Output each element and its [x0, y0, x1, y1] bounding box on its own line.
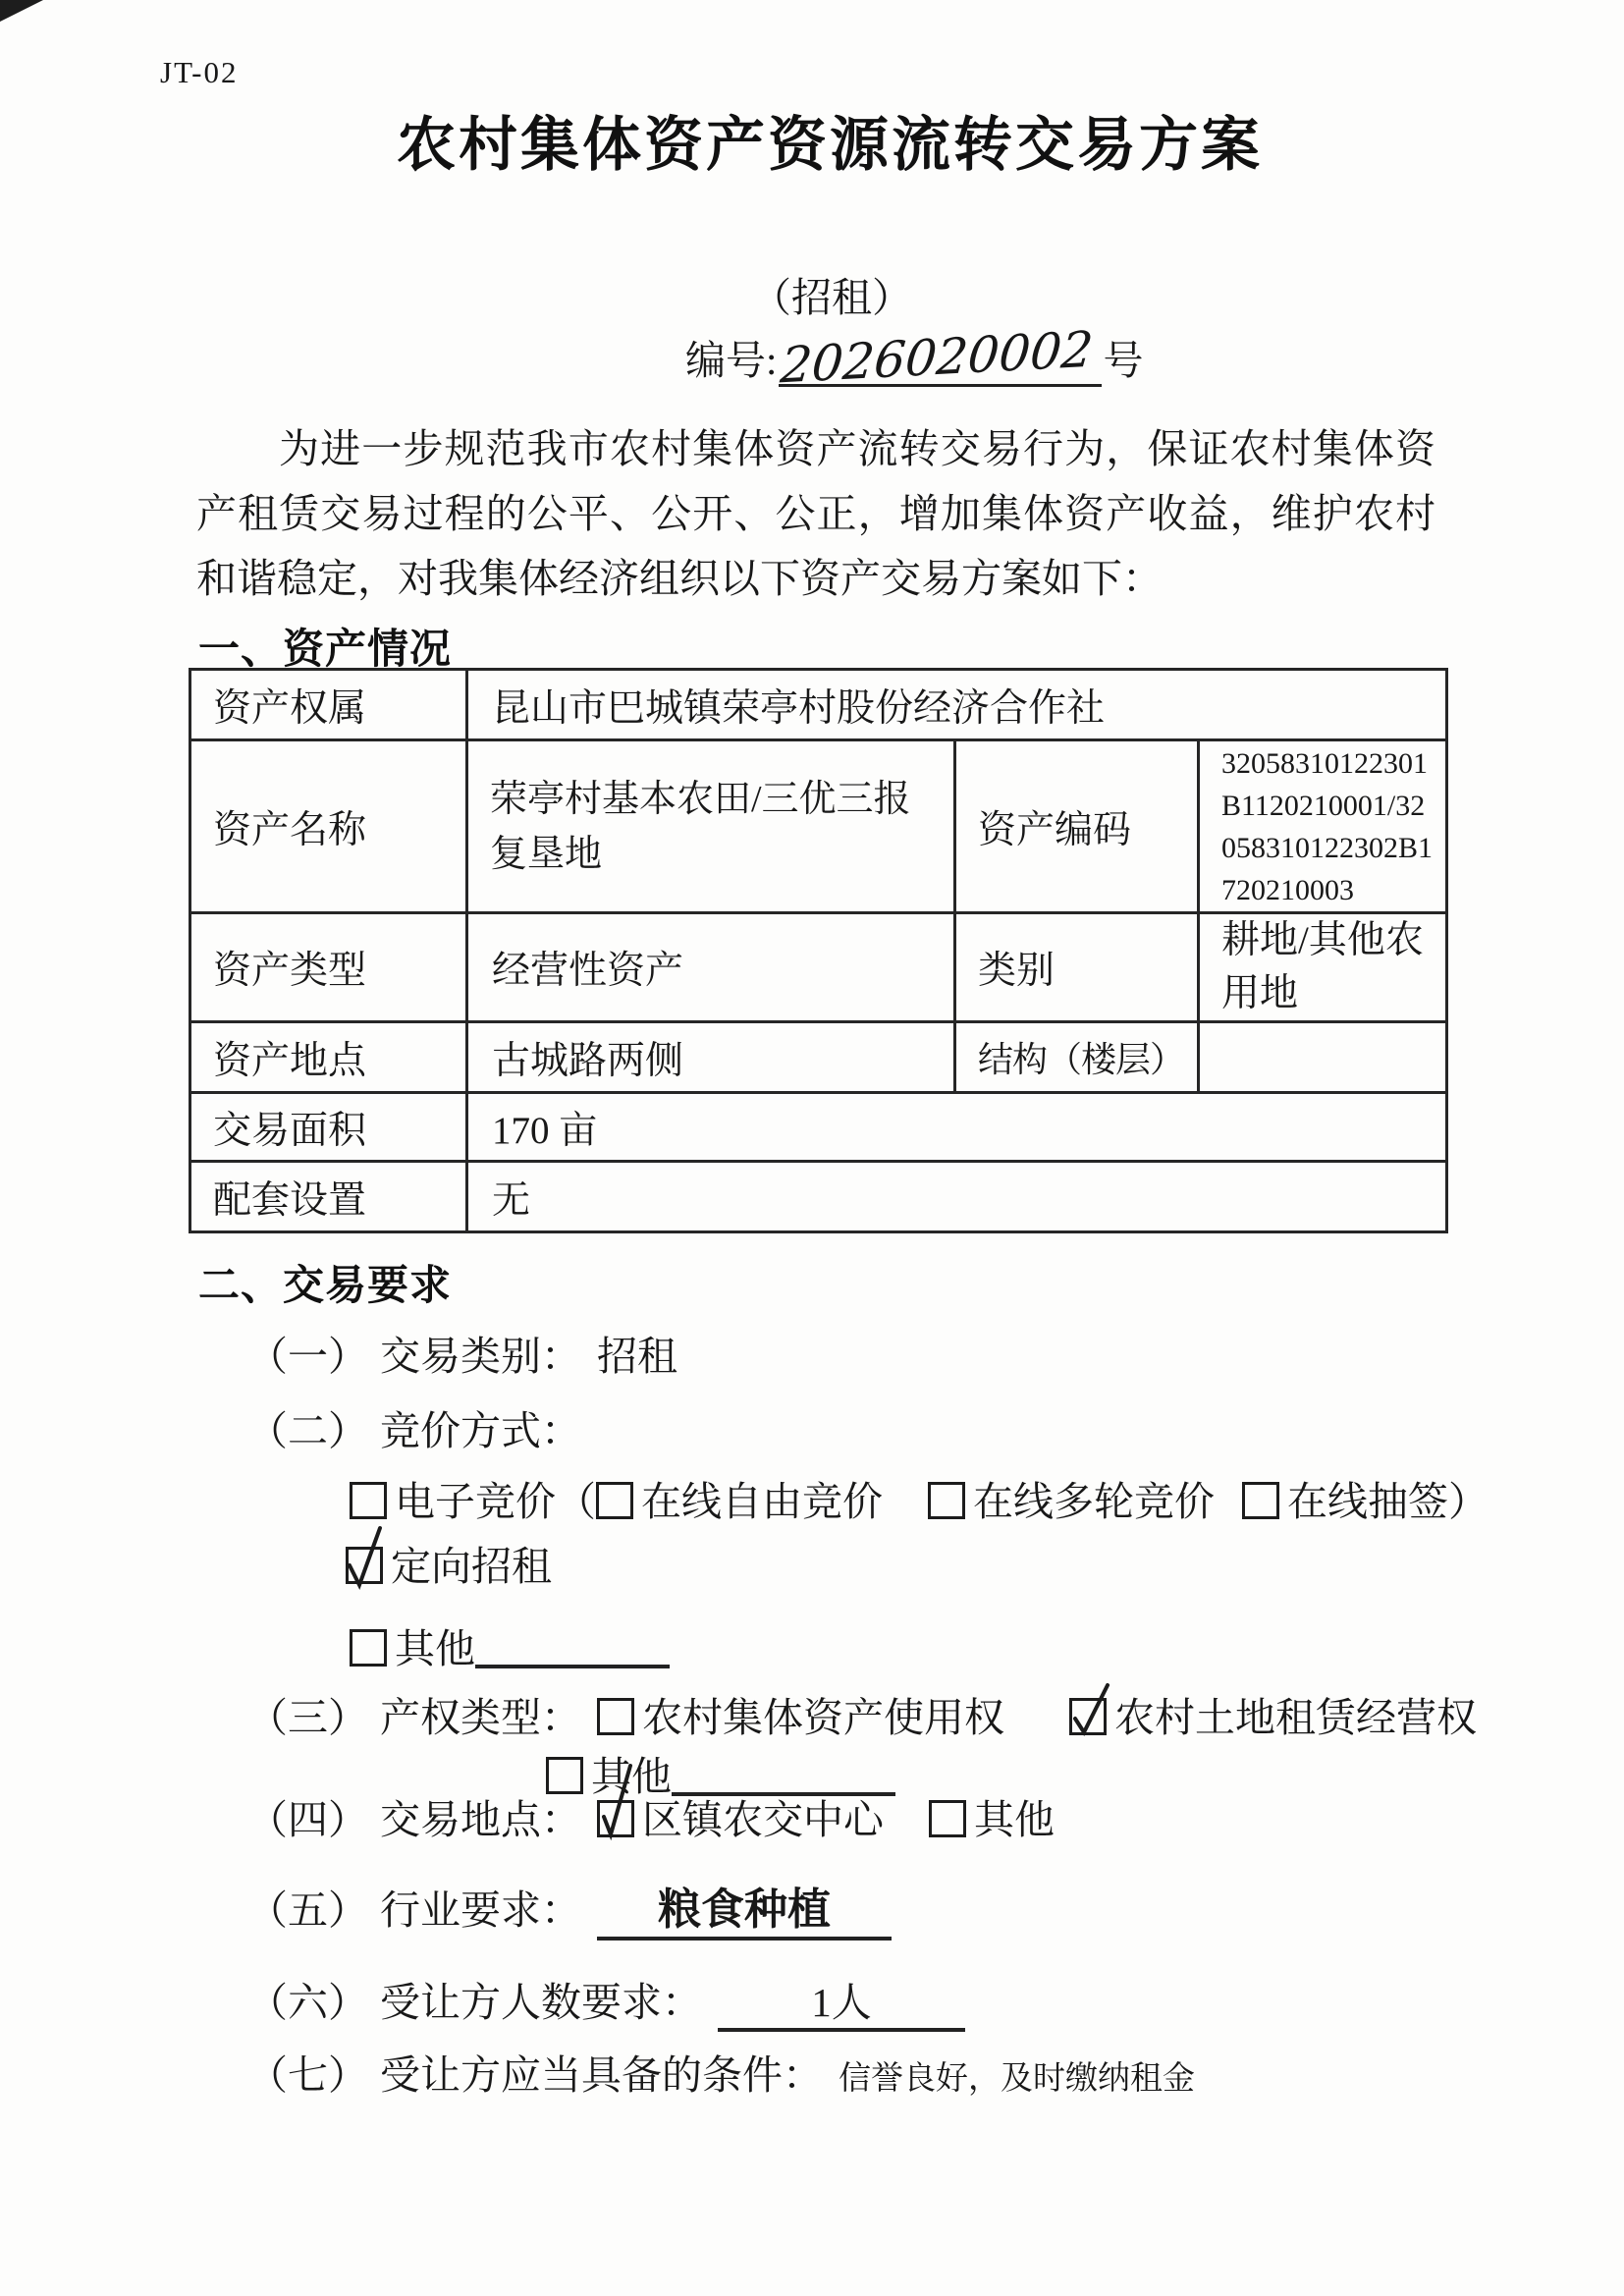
section1-heading: 一、资产情况	[198, 617, 452, 676]
checkbox-online-multiround-bidding	[928, 1482, 965, 1519]
option-electronic-bidding: 电子竞价（	[395, 1479, 596, 1524]
item4-label: 交易地点：	[380, 1797, 581, 1842]
checkbox-online-free-bidding	[596, 1482, 633, 1519]
blank-underline	[475, 1665, 670, 1668]
item4-number: （四）	[247, 1797, 368, 1842]
category-label: 类别	[955, 913, 1199, 1022]
directed-rental-line: 定向招租	[346, 1534, 552, 1592]
asset-code-value: 32058310122301B1120210001/32058310122302…	[1199, 740, 1447, 913]
serial-label: 编号:	[685, 338, 777, 383]
checkbox-directed-rental-checked	[346, 1547, 383, 1584]
scan-artifact	[0, 0, 43, 22]
item2-label: 竞价方式：	[380, 1408, 581, 1453]
item-trade-category: （一）交易类别：招租	[247, 1324, 677, 1382]
facilities-value: 无	[467, 1162, 1447, 1232]
trade-area-value: 170 亩	[467, 1093, 1447, 1162]
transferee-count-value: 1人	[811, 1980, 872, 2025]
facilities-label: 配套设置	[190, 1162, 467, 1232]
serial-number-handwritten: 2026020002	[780, 328, 1096, 388]
item-bidding-method: （二）竞价方式：	[247, 1398, 597, 1456]
industry-requirement-value: 粮食种植	[658, 1886, 831, 1934]
item6-number: （六）	[247, 1980, 368, 2025]
check-mark-icon	[343, 1520, 388, 1595]
page-subtitle: （招租）	[0, 265, 1624, 323]
checkbox-electronic-bidding	[350, 1482, 387, 1519]
item3-label: 产权类型：	[380, 1695, 581, 1740]
option-rural-land-lease-right: 农村土地租赁经营权	[1114, 1695, 1477, 1740]
asset-type-value: 经营性资产	[467, 913, 955, 1022]
checkbox-online-draw	[1242, 1482, 1279, 1519]
item5-label: 行业要求：	[380, 1887, 581, 1933]
category-value: 耕地/其他农用地	[1199, 913, 1447, 1022]
item1-number: （一）	[247, 1334, 368, 1379]
form-code: JT-02	[160, 55, 238, 90]
item-transferee-count: （六）受让方人数要求：1人	[247, 1970, 965, 2032]
option-online-multiround-bidding: 在线多轮竞价	[973, 1479, 1215, 1524]
asset-ownership-value: 昆山市巴城镇荣亭村股份经济合作社	[467, 670, 1447, 740]
intro-paragraph: 为进一步规范我市农村集体资产流转交易行为，保证农村集体资产租赁交易过程的公平、公…	[196, 416, 1435, 611]
item1-value: 招租	[597, 1334, 677, 1379]
structure-label: 结构（楼层）	[955, 1022, 1199, 1093]
asset-type-label: 资产类型	[190, 913, 467, 1022]
checkbox-collective-asset-use-right	[597, 1698, 634, 1735]
bidding-other-line: 其他	[350, 1616, 670, 1674]
asset-code-label: 资产编码	[955, 740, 1199, 913]
item-property-right-type: （三）产权类型：农村集体资产使用权农村土地租赁经营权	[247, 1685, 1477, 1743]
asset-location-label: 资产地点	[190, 1022, 467, 1093]
table-row-type-category: 资产类型 经营性资产 类别 耕地/其他农用地	[190, 913, 1447, 1022]
serial-underline: 2026020002	[779, 336, 1101, 387]
option-online-draw: 在线抽签）	[1287, 1479, 1489, 1524]
item-trade-location: （四）交易地点：区镇农交中心其他	[247, 1787, 1055, 1845]
check-mark-icon	[598, 1760, 641, 1850]
asset-name-label: 资产名称	[190, 740, 467, 913]
item7-label: 受让方应当具备的条件：	[380, 2052, 823, 2098]
people-blank-underline: 1人	[718, 1970, 965, 2032]
asset-info-table: 资产权属 昆山市巴城镇荣亭村股份经济合作社 资产名称 荣亭村基本农田/三优三报复…	[189, 668, 1448, 1233]
section2-heading: 二、交易要求	[198, 1253, 452, 1312]
option-town-agri-center: 区镇农交中心	[642, 1797, 884, 1842]
checkbox-town-agri-center-checked	[597, 1800, 634, 1837]
option-online-free-bidding: 在线自由竞价	[641, 1479, 883, 1524]
checkbox-location-other	[929, 1800, 966, 1837]
item2-number: （二）	[247, 1408, 368, 1453]
asset-ownership-label: 资产权属	[190, 670, 467, 740]
item-industry-requirement: （五）行业要求：粮食种植	[247, 1874, 892, 1941]
bidding-options-line: 电子竞价（在线自由竞价在线多轮竞价在线抽签）	[350, 1469, 1489, 1527]
transferee-conditions-value: 信誉良好，及时缴纳租金	[839, 2061, 1195, 2097]
table-row-facilities: 配套设置 无	[190, 1162, 1447, 1232]
option-bidding-other: 其他	[395, 1626, 475, 1671]
option-directed-rental: 定向招租	[391, 1544, 552, 1589]
structure-value	[1199, 1022, 1447, 1093]
asset-name-value: 荣亭村基本农田/三优三报复垦地	[467, 740, 955, 913]
checkbox-bidding-other	[350, 1629, 387, 1667]
item7-number: （七）	[247, 2052, 368, 2098]
item1-label: 交易类别：	[380, 1334, 581, 1379]
asset-location-value: 古城路两侧	[467, 1022, 955, 1093]
table-row-name-code: 资产名称 荣亭村基本农田/三优三报复垦地 资产编码 32058310122301…	[190, 740, 1447, 913]
checkbox-rural-land-lease-right-checked	[1069, 1698, 1107, 1735]
table-row-location-structure: 资产地点 古城路两侧 结构（楼层）	[190, 1022, 1447, 1093]
option-location-other: 其他	[974, 1797, 1055, 1842]
table-row-area: 交易面积 170 亩	[190, 1093, 1447, 1162]
table-row-ownership: 资产权属 昆山市巴城镇荣亭村股份经济合作社	[190, 670, 1447, 740]
serial-number-line: 编号:2026020002号	[685, 328, 1144, 387]
item5-number: （五）	[247, 1887, 368, 1933]
trade-area-label: 交易面积	[190, 1093, 467, 1162]
option-collective-asset-use-right: 农村集体资产使用权	[642, 1695, 1004, 1740]
item3-number: （三）	[247, 1695, 368, 1740]
scanned-form-page: JT-02 农村集体资产资源流转交易方案 （招租） 编号:2026020002号…	[0, 0, 1624, 2296]
check-mark-icon	[1069, 1675, 1114, 1746]
page-title: 农村集体资产资源流转交易方案	[0, 98, 1624, 183]
item-transferee-conditions: （七）受让方应当具备的条件：信誉良好，及时缴纳租金	[247, 2043, 1195, 2101]
industry-blank-underline: 粮食种植	[597, 1874, 892, 1941]
item6-label: 受让方人数要求：	[380, 1980, 702, 2025]
serial-suffix: 号	[1104, 338, 1144, 383]
